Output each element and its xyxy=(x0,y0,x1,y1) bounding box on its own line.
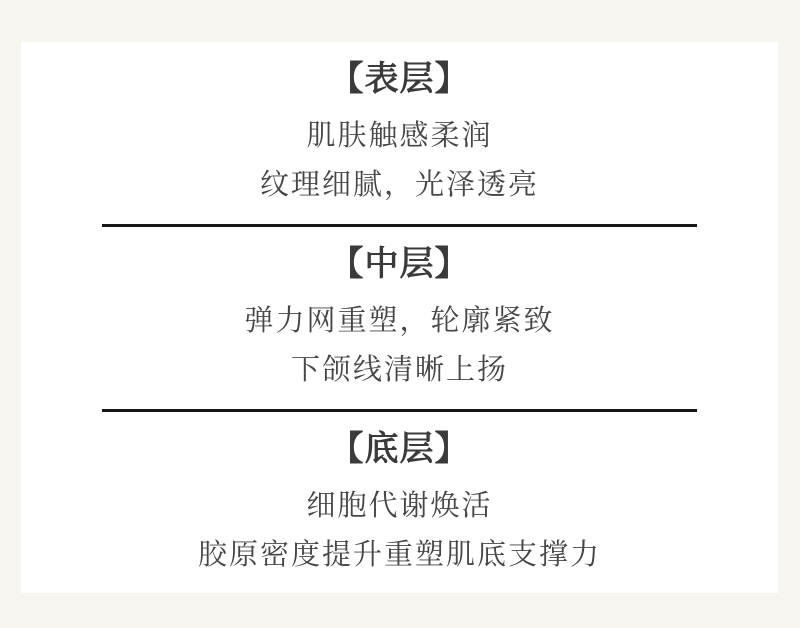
section-title-surface: 【表层】 xyxy=(21,56,778,102)
section-surface-layer: 【表层】 肌肤触感柔润 纹理细腻，光泽透亮 xyxy=(21,42,778,224)
content-card: 【表层】 肌肤触感柔润 纹理细腻，光泽透亮 【中层】 弹力网重塑，轮廓紧致 下颌… xyxy=(21,42,778,593)
section-line: 纹理细腻，光泽透亮 xyxy=(21,161,778,210)
section-line: 弹力网重塑，轮廓紧致 xyxy=(21,297,778,346)
section-line: 细胞代谢焕活 xyxy=(21,482,778,531)
section-middle-layer: 【中层】 弹力网重塑，轮廓紧致 下颌线清晰上扬 xyxy=(21,227,778,409)
section-title-middle: 【中层】 xyxy=(21,241,778,287)
section-line: 下颌线清晰上扬 xyxy=(21,346,778,395)
section-bottom-layer: 【底层】 细胞代谢焕活 胶原密度提升重塑肌底支撑力 xyxy=(21,412,778,594)
section-line: 胶原密度提升重塑肌底支撑力 xyxy=(21,531,778,580)
section-title-bottom: 【底层】 xyxy=(21,426,778,472)
section-line: 肌肤触感柔润 xyxy=(21,112,778,161)
